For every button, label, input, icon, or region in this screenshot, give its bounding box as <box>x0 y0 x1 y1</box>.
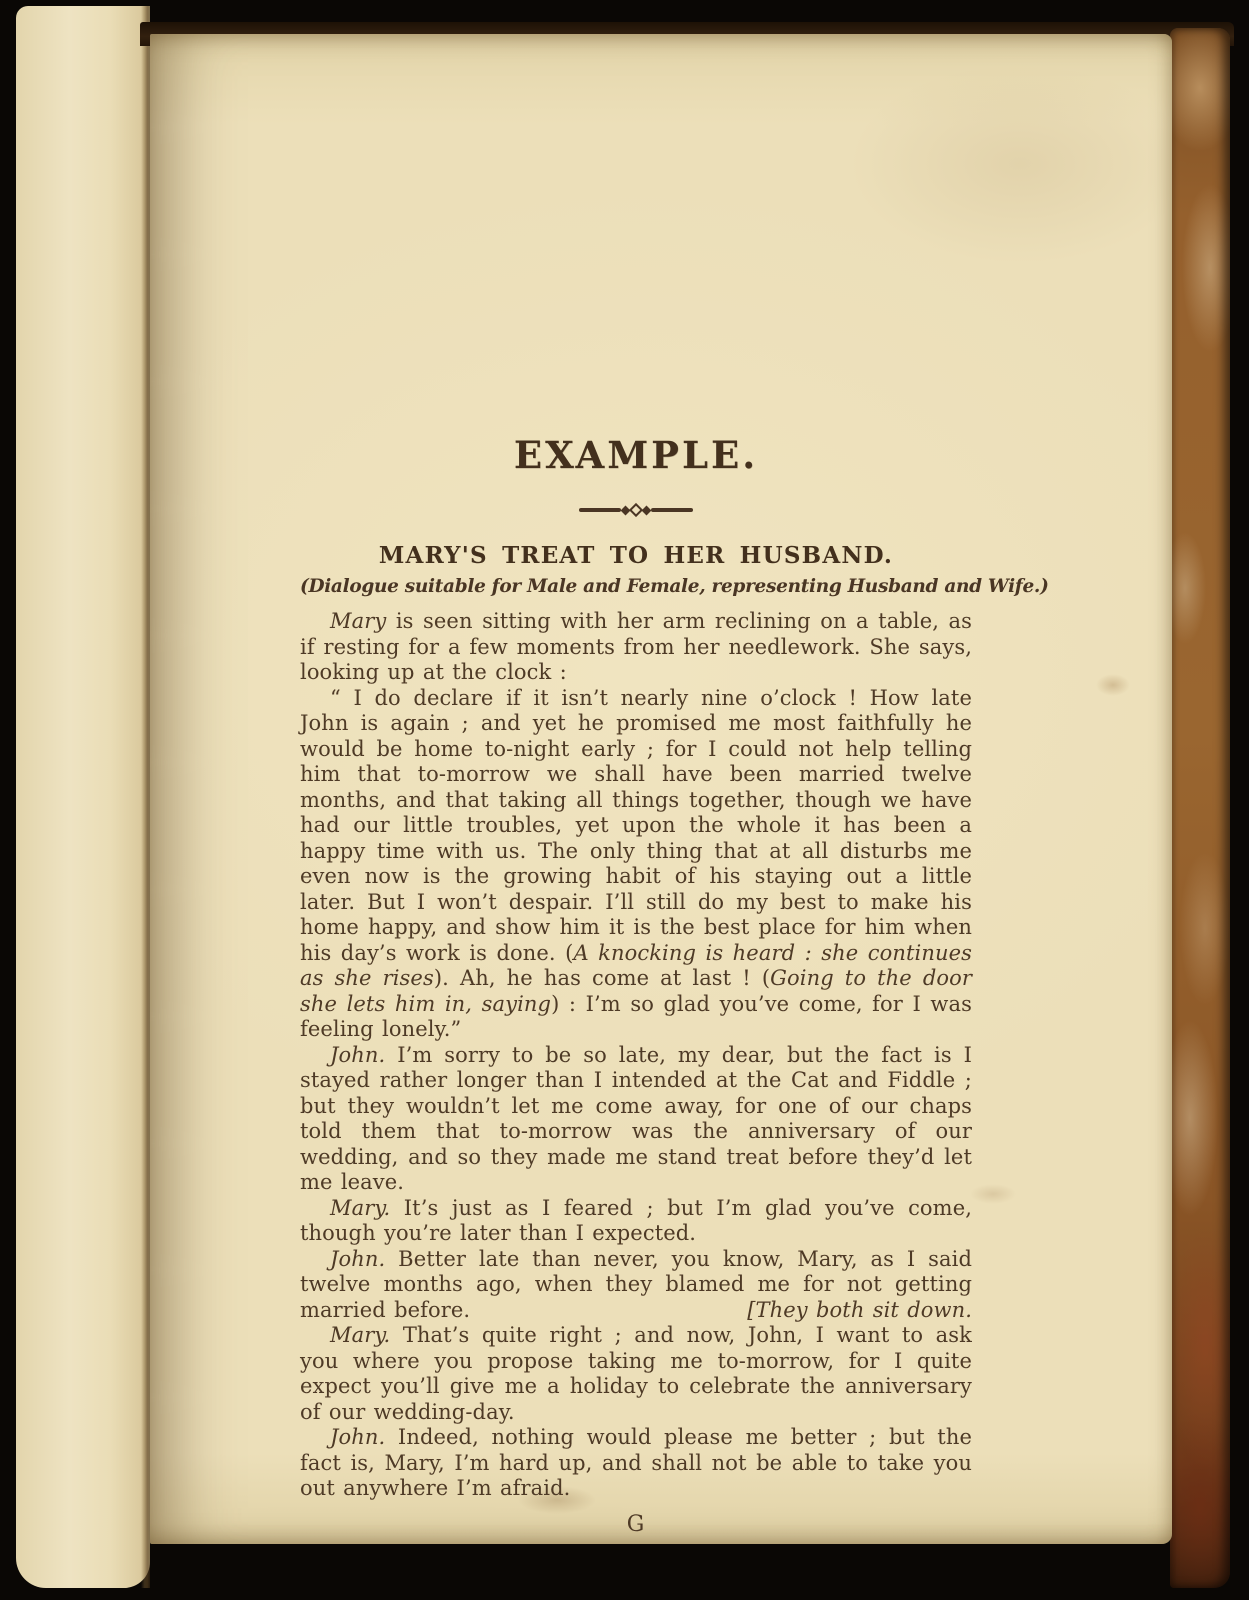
paragraph: Mary. That’s quite right ; and now, John… <box>300 1323 972 1425</box>
gutter-crease <box>141 6 150 1588</box>
body-text: I’m sorry to be so late, my dear, but th… <box>300 1043 972 1195</box>
section-divider <box>571 504 701 516</box>
paragraph: John. I’m sorry to be so late, my dear, … <box>300 1043 972 1196</box>
stage-direction: [They both sit down. <box>747 1298 972 1324</box>
divider-bar <box>579 508 621 512</box>
italic-text: John. <box>330 1043 385 1067</box>
paragraph: John. Better late than never, you know, … <box>300 1247 972 1324</box>
italic-text: Mary. <box>330 1323 390 1347</box>
body-text: That’s quite right ; and now, John, I wa… <box>300 1323 972 1424</box>
paragraph: John. Indeed, nothing would please me be… <box>300 1425 972 1502</box>
paragraph: “ I do declare if it isn’t nearly nine o… <box>300 686 972 1043</box>
page-title: EXAMPLE. <box>300 433 972 477</box>
signature-mark: G <box>300 1512 972 1537</box>
diamond-icon <box>642 505 652 515</box>
body-text: Indeed, nothing would please me better ;… <box>300 1425 972 1500</box>
body-text: ). Ah, he has come at last ! ( <box>434 966 770 990</box>
italic-text: John. <box>330 1247 385 1271</box>
book-cover-edge <box>1170 28 1230 1588</box>
paragraph: Mary. It’s just as I feared ; but I’m gl… <box>300 1196 972 1247</box>
body-text: is seen sitting with her arm reclining o… <box>300 609 972 684</box>
page-stain <box>1096 674 1130 696</box>
page-stain <box>970 1184 1016 1204</box>
italic-text: Mary <box>330 609 386 633</box>
body-text: It’s just as I feared ; but I’m glad you… <box>300 1196 972 1246</box>
left-page <box>16 6 150 1588</box>
book-photo: EXAMPLE. MARY'S TREAT TO HER HUSBAND. (D… <box>0 0 1249 1600</box>
dialogue-text: Mary is seen sitting with her arm reclin… <box>300 609 972 1502</box>
dialogue-subtitle: (Dialogue suitable for Male and Female, … <box>300 576 972 597</box>
divider-bar <box>651 508 693 512</box>
page-content: EXAMPLE. MARY'S TREAT TO HER HUSBAND. (D… <box>300 34 972 1537</box>
right-page: EXAMPLE. MARY'S TREAT TO HER HUSBAND. (D… <box>150 34 1172 1544</box>
section-heading: MARY'S TREAT TO HER HUSBAND. <box>300 542 972 569</box>
body-text: “ I do declare if it isn’t nearly nine o… <box>300 686 972 965</box>
paragraph: Mary is seen sitting with her arm reclin… <box>300 609 972 686</box>
italic-text: John. <box>330 1425 385 1449</box>
italic-text: Mary. <box>330 1196 390 1220</box>
